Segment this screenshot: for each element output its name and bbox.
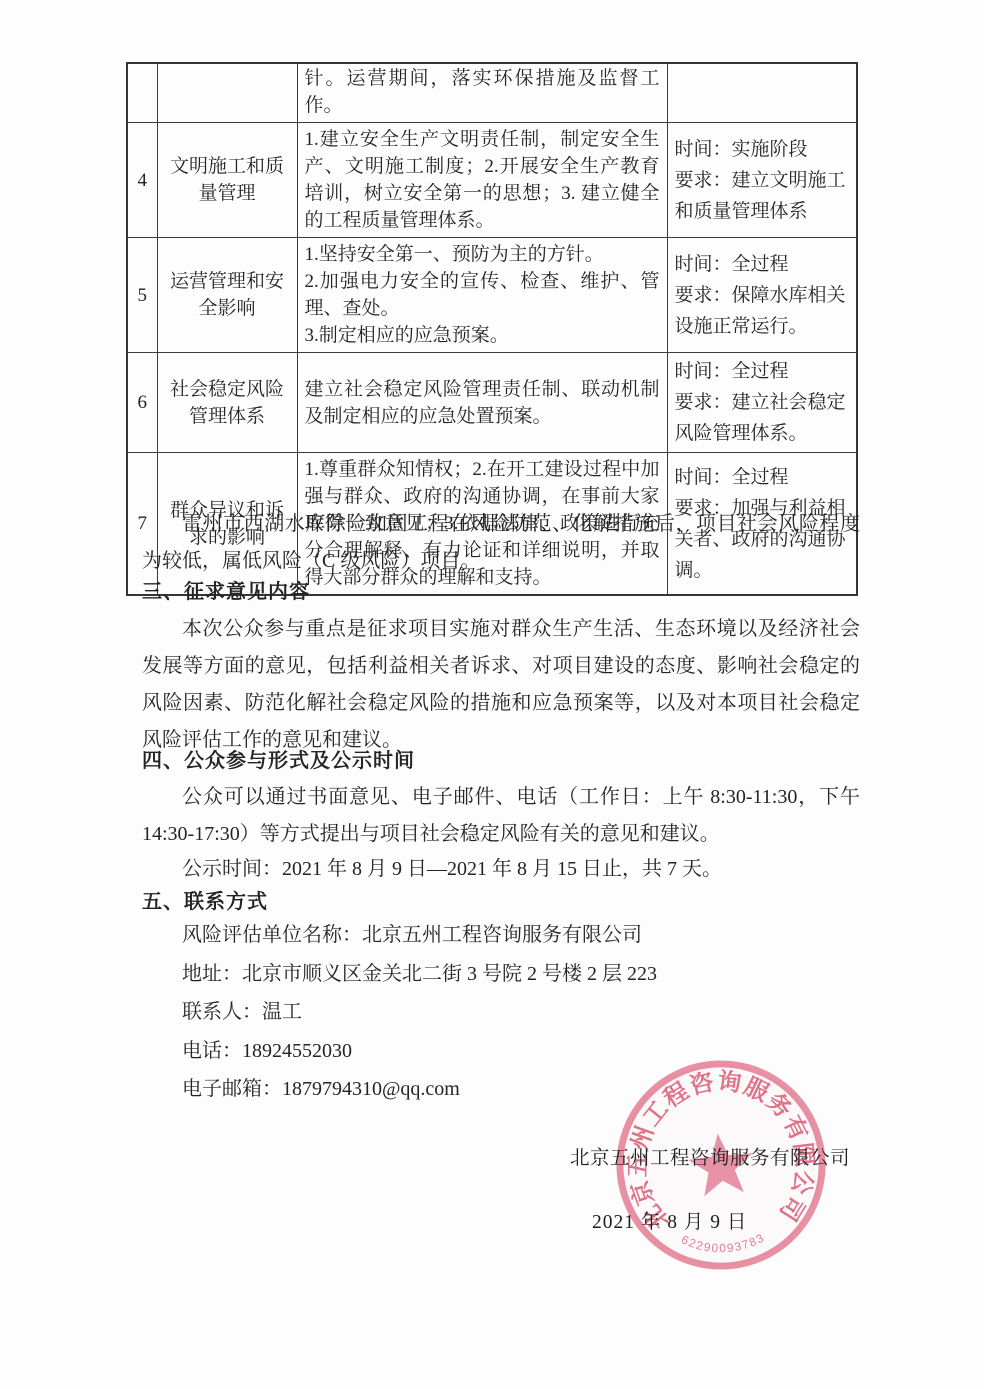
conclusion-paragraph: 雷州市西湖水库除险加固工程在风险防范、化解措施后，项目社会风险程度为较低，属低风… <box>142 506 860 580</box>
section4-paragraph-methods: 公众可以通过书面意见、电子邮件、电话（工作日：上午 8:30-11:30，下午 … <box>142 779 860 853</box>
section4-heading: 四、公众参与形式及公示时间 <box>142 744 860 773</box>
contact-line-address: 地址：北京市顺义区金关北二街 3 号院 2 号楼 2 层 223 <box>142 955 860 994</box>
measures-cell: 针。运营期间，落实环保措施及监督工作。 <box>297 63 667 123</box>
table-row: 5 运营管理和安全影响 1.坚持安全第一、预防为主的方针。 2.加强电力安全的宣… <box>127 238 857 353</box>
row-number-cell: 6 <box>127 353 157 453</box>
requirement-line: 要求：保障水库相关设施正常运行。 <box>675 280 850 342</box>
measures-cell: 1.建立安全生产文明责任制，制定安全生产、文明施工制度；2.开展安全生产教育培训… <box>297 123 667 238</box>
measures-cell: 建立社会稳定风险管理责任制、联动机制及制定相应的应急处置预案。 <box>297 353 667 453</box>
time-line: 时间：全过程 <box>675 249 850 280</box>
requirement-line: 要求：建立社会稳定风险管理体系。 <box>675 387 850 449</box>
table-row: 4 文明施工和质量管理 1.建立安全生产文明责任制，制定安全生产、文明施工制度；… <box>127 123 857 238</box>
time-line: 时间：全过程 <box>675 356 850 387</box>
section5-heading: 五、联系方式 <box>142 885 860 914</box>
time-requirement-cell: 时间：全过程 要求：保障水库相关设施正常运行。 <box>667 238 857 353</box>
row-number-cell: 4 <box>127 123 157 238</box>
table-row: 6 社会稳定风险管理体系 建立社会稳定风险管理责任制、联动机制及制定相应的应急处… <box>127 353 857 453</box>
section4-paragraph-period: 公示时间：2021 年 8 月 9 日—2021 年 8 月 15 日止，共 7… <box>142 851 860 888</box>
table-row: 针。运营期间，落实环保措施及监督工作。 <box>127 63 857 123</box>
signature-company: 北京五州工程咨询服务有限公司 <box>570 1142 850 1170</box>
contact-line-unit: 风险评估单位名称：北京五州工程咨询服务有限公司 <box>142 916 860 955</box>
time-requirement-cell: 时间：全过程 要求：建立社会稳定风险管理体系。 <box>667 353 857 453</box>
category-cell: 社会稳定风险管理体系 <box>157 353 297 453</box>
measures-cell: 1.坚持安全第一、预防为主的方针。 2.加强电力安全的宣传、检查、维护、管理、查… <box>297 238 667 353</box>
time-line: 时间：实施阶段 <box>675 134 850 165</box>
contact-line-person: 联系人：温工 <box>142 993 860 1032</box>
category-cell: 运营管理和安全影响 <box>157 238 297 353</box>
row-number-cell: 5 <box>127 238 157 353</box>
time-requirement-cell <box>667 63 857 123</box>
row-number-cell <box>127 63 157 123</box>
time-requirement-cell: 时间：实施阶段 要求：建立文明施工和质量管理体系 <box>667 123 857 238</box>
time-line: 时间：全过程 <box>675 462 850 493</box>
requirement-line: 要求：建立文明施工和质量管理体系 <box>675 165 850 227</box>
document-page: 针。运营期间，落实环保措施及监督工作。 4 文明施工和质量管理 1.建立安全生产… <box>0 0 984 1389</box>
category-cell: 文明施工和质量管理 <box>157 123 297 238</box>
section3-paragraph: 本次公众参与重点是征求项目实施对群众生产生活、生态环境以及经济社会发展等方面的意… <box>142 611 860 759</box>
section3-heading: 三、征求意见内容 <box>142 575 860 604</box>
category-cell <box>157 63 297 123</box>
signature-date: 2021 年 8 月 9 日 <box>592 1206 747 1234</box>
